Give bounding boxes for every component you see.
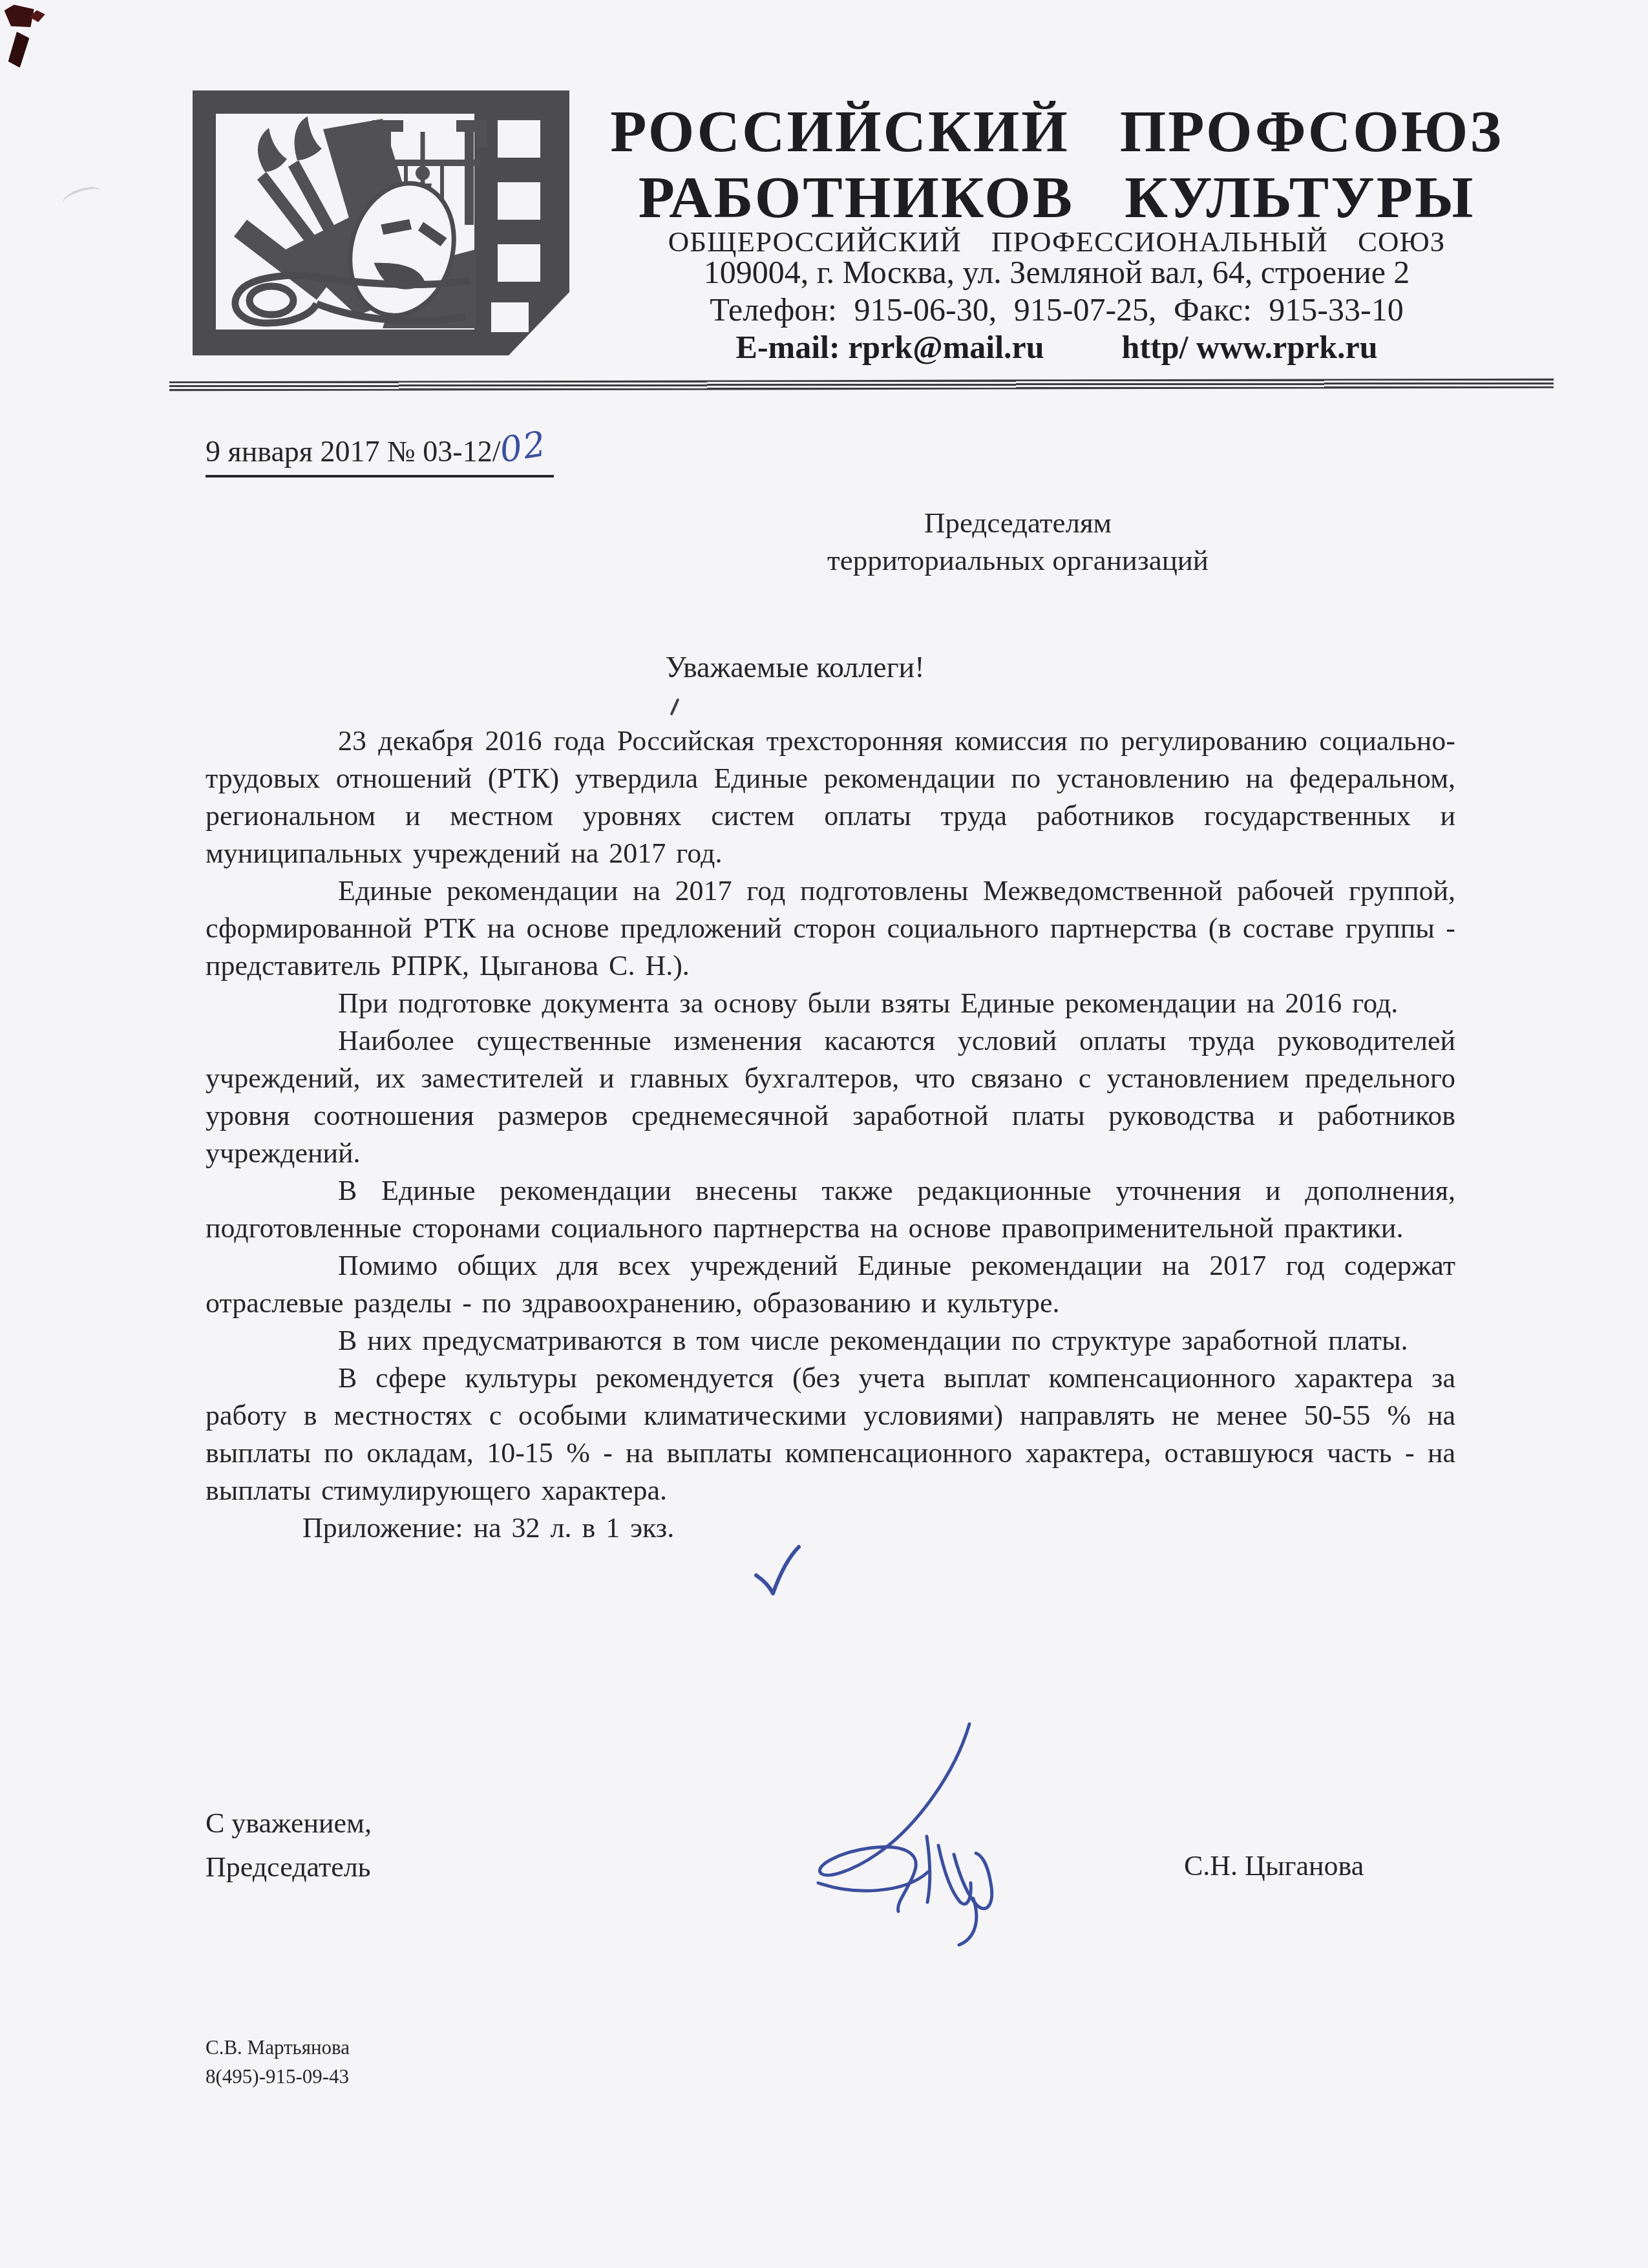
handwritten-outgoing-number: 02 — [497, 423, 550, 471]
signer-name: С.Н. Цыганова — [1184, 1849, 1364, 1882]
addressee-line2: территориальных организаций — [811, 541, 1225, 579]
closing-title: Председатель — [206, 1851, 371, 1884]
handwritten-signature — [800, 1716, 1033, 1965]
blue-pen-checkmark — [751, 1542, 809, 1610]
executor-name: С.В. Мартьянова — [206, 2033, 350, 2062]
letter-body: 23 декабря 2016 года Российская трехстор… — [206, 722, 1455, 1547]
org-name-line1: РОССИЙСКИЙ ПРОФСОЮЗ — [604, 97, 1509, 165]
org-email: E-mail: rprk@mail.ru — [736, 329, 1044, 365]
culture-union-emblem-icon — [189, 87, 573, 362]
date-and-number-line: 9 января 2017 № 03-12/02 — [206, 429, 554, 478]
date-number-printed: 9 января 2017 № 03-12/ — [206, 435, 500, 468]
scan-smudge — [61, 183, 104, 211]
paragraph: В сфере культуры рекомендуется (без учет… — [206, 1360, 1455, 1509]
stray-pen-mark — [670, 698, 679, 715]
paragraph: Единые рекомендации на 2017 год подготов… — [206, 872, 1455, 985]
paragraph: Наиболее существенные изменения касаются… — [206, 1022, 1455, 1172]
executor-phone: 8(495)-915-09-43 — [206, 2062, 350, 2091]
closing-regards: С уважением, — [206, 1807, 372, 1840]
salutation: Уважаемые коллеги! — [207, 650, 1383, 684]
org-name-line2: РАБОТНИКОВ КУЛЬТУРЫ — [604, 163, 1509, 231]
paragraph: При подготовке документа за основу были … — [206, 985, 1455, 1022]
paragraph: В Единые рекомендации внесены также реда… — [206, 1172, 1455, 1247]
org-phones: Телефон: 915-06-30, 915-07-25, Факс: 915… — [604, 291, 1509, 328]
paragraph: 23 декабря 2016 года Российская трехстор… — [206, 722, 1455, 872]
paragraph: В них предусматриваются в том числе реко… — [206, 1322, 1455, 1360]
letterhead-divider-rule — [169, 379, 1554, 391]
scanned-letter-page: РОССИЙСКИЙ ПРОФСОЮЗ РАБОТНИКОВ КУЛЬТУРЫ … — [0, 0, 1648, 2268]
addressee-block: Председателям территориальных организаци… — [811, 504, 1225, 579]
paragraph: Помимо общих для всех учреждений Единые … — [206, 1247, 1455, 1322]
executor-contact-block: С.В. Мартьянова 8(495)-915-09-43 — [206, 2033, 350, 2091]
org-email-web: E-mail: rprk@mail.ruhttp/ www.rprk.ru — [604, 328, 1509, 366]
org-address: 109004, г. Москва, ул. Земляной вал, 64,… — [604, 253, 1509, 291]
addressee-line1: Председателям — [811, 504, 1225, 541]
attachment-note: Приложение: на 32 л. в 1 экз. — [206, 1509, 1455, 1547]
scan-artifact-mark — [8, 31, 30, 68]
org-website: http/ www.rprk.ru — [1122, 329, 1378, 365]
